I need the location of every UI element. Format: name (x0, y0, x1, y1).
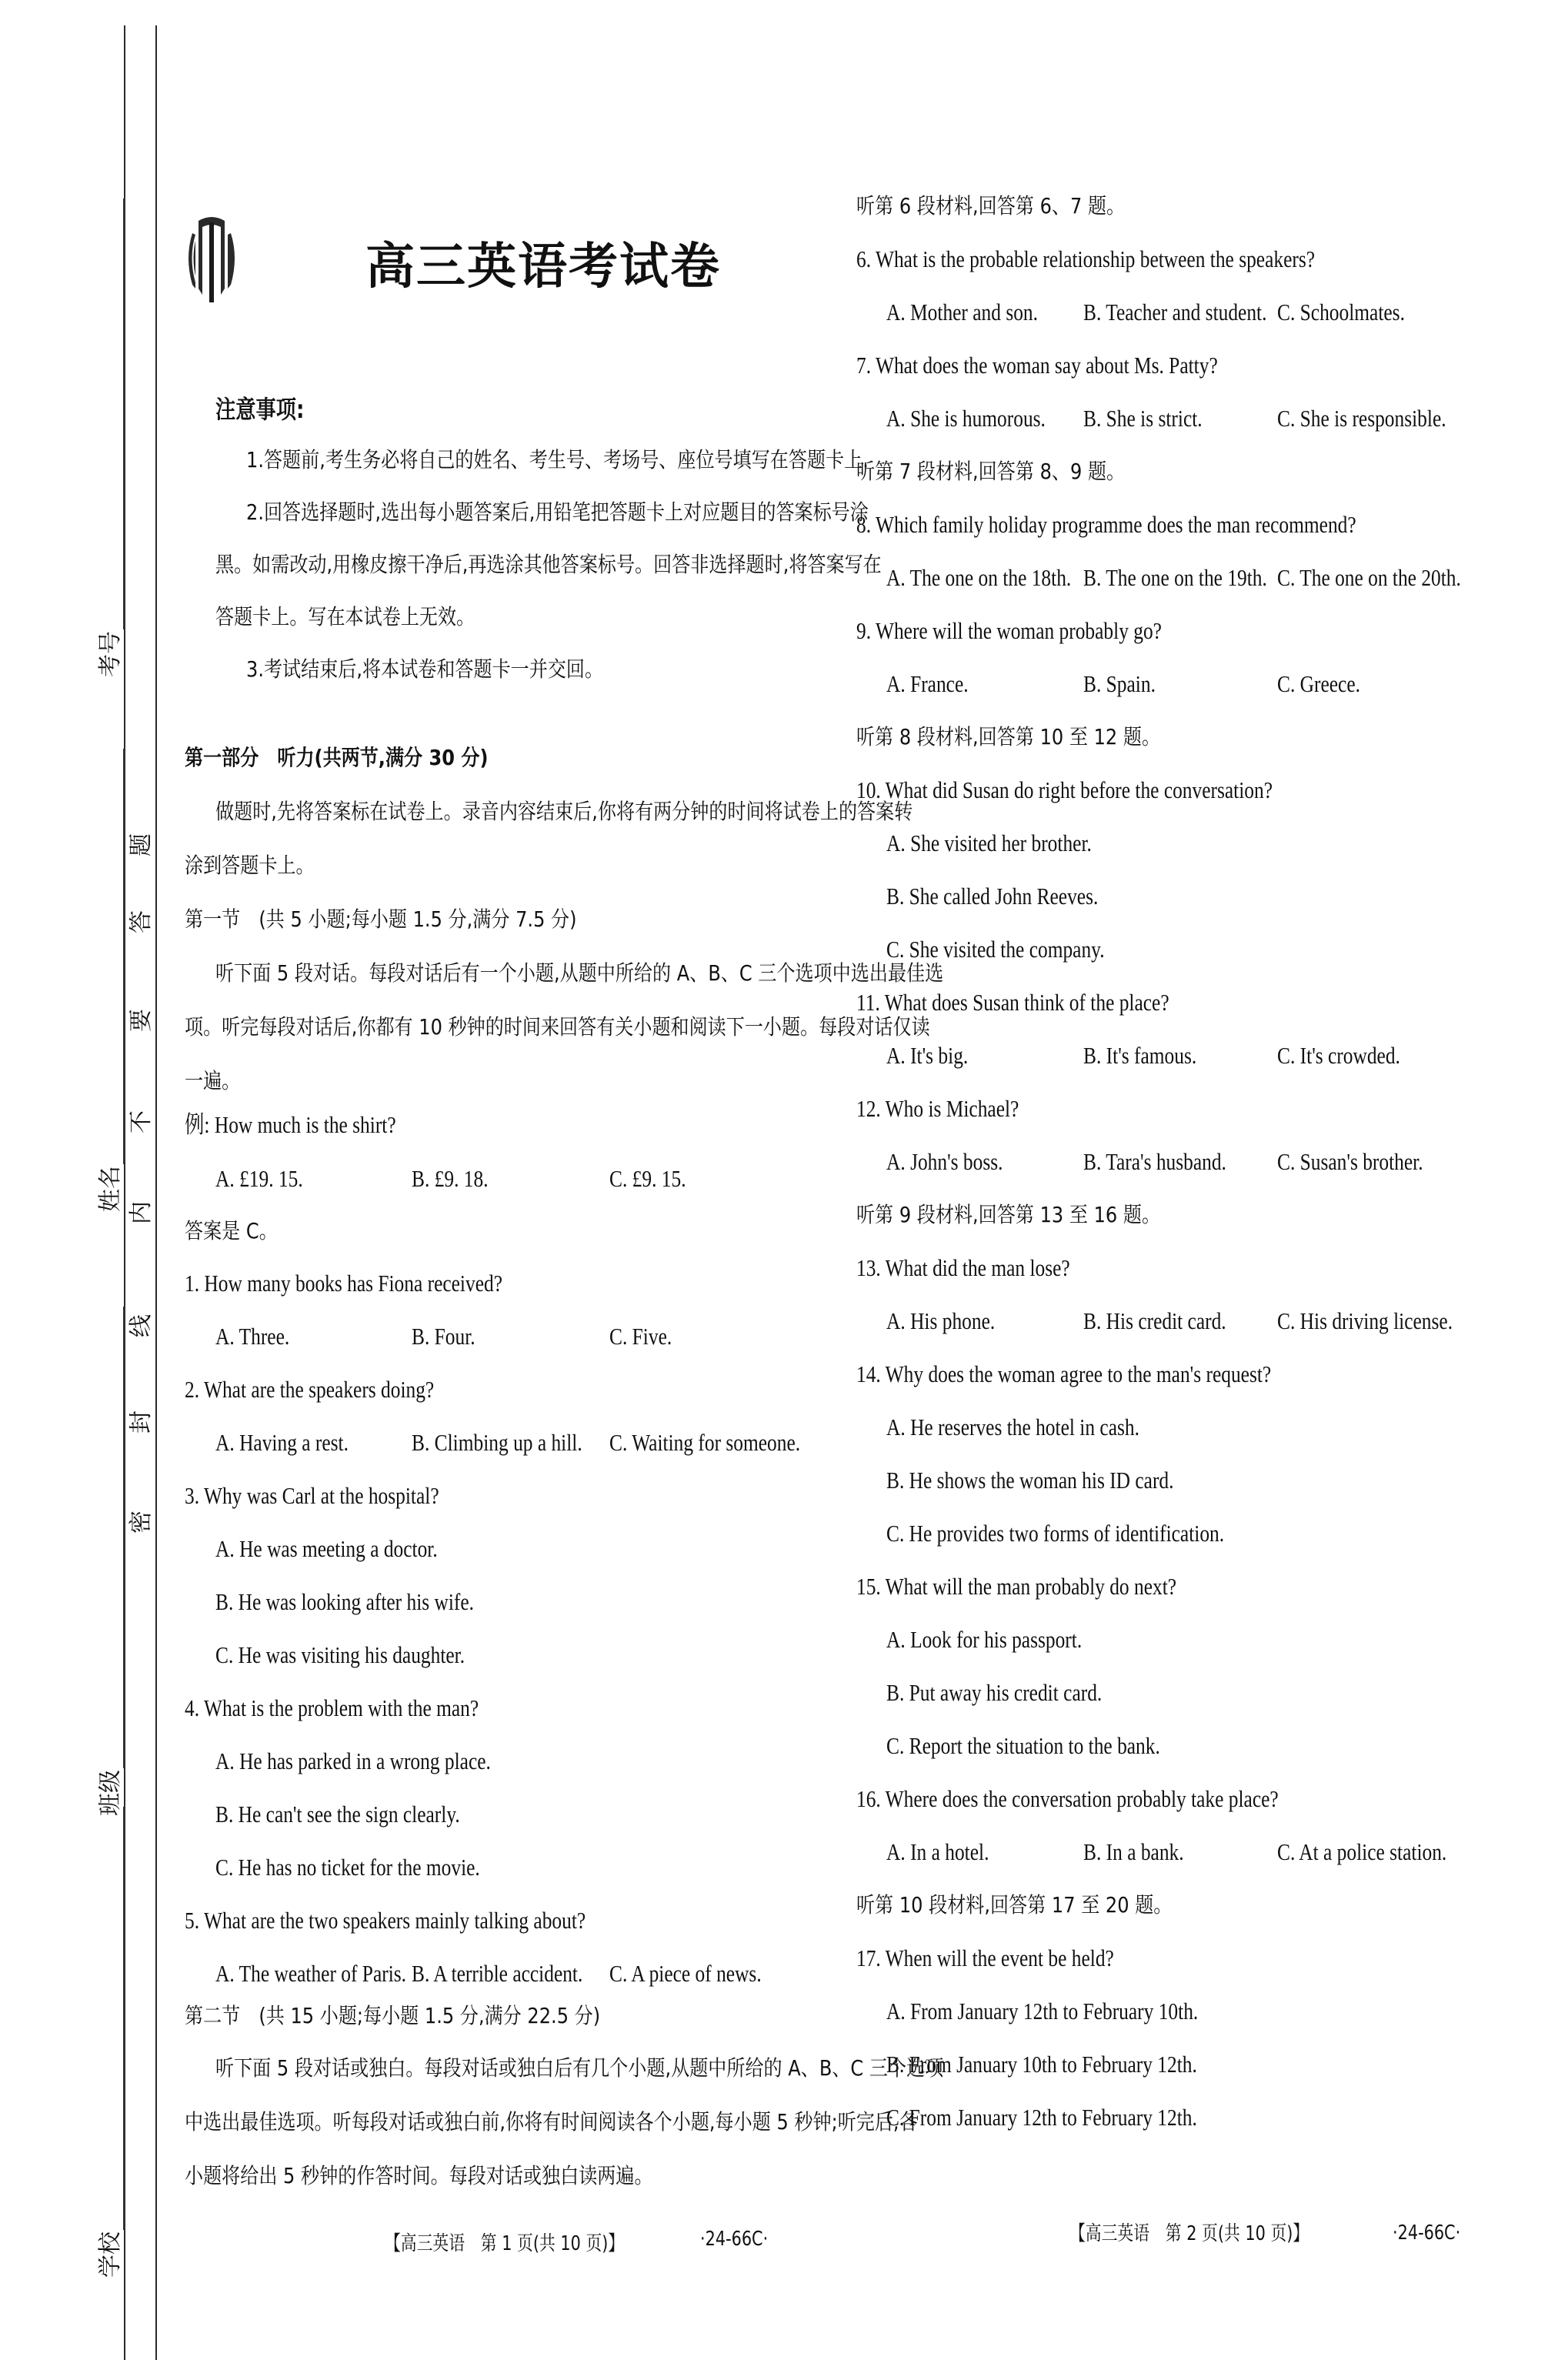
example-question: 例: How much is the shirt? (185, 1110, 396, 1140)
example-option: A. £19. 15. (215, 1163, 303, 1194)
section2-heading: 第二节 (共 15 小题;每小题 1.5 分,满分 22.5 分) (185, 2001, 600, 2031)
seal-char: 题 (128, 831, 155, 859)
question-stem: 6. What is the probable relationship bet… (856, 244, 1315, 275)
question-stem: 8. Which family holiday programme does t… (856, 509, 1356, 540)
school-field[interactable]: 学校 (91, 1807, 125, 2278)
footer-code-2: ·24-66C· (1393, 2221, 1460, 2245)
answer-option: B. She is strict. (1083, 403, 1203, 434)
answer-option: A. Three. (215, 1321, 289, 1352)
seal-char: 答 (128, 908, 155, 936)
part1-intro: 涂到答题卡上。 (185, 850, 315, 881)
question-stem: 4. What is the problem with the man? (185, 1693, 479, 1724)
answer-option: B. Put away his credit card. (886, 1677, 1102, 1708)
name-field[interactable]: 姓名 (91, 749, 125, 1212)
section1-intro: 项。听完每段对话后,你都有 10 秒钟的时间来回答有关小题和阅读下一小题。每段对… (185, 1012, 930, 1043)
example-answer: 答案是 C。 (185, 1216, 278, 1247)
question-stem: 2. What are the speakers doing? (185, 1374, 434, 1405)
question-stem: 15. What will the man probably do next? (856, 1571, 1176, 1602)
answer-option: B. The one on the 19th. (1083, 562, 1267, 593)
answer-option: A. France. (886, 669, 969, 699)
answer-option: B. She called John Reeves. (886, 881, 1098, 912)
answer-option: B. Spain. (1083, 669, 1156, 699)
question-stem: 7. What does the woman say about Ms. Pat… (856, 350, 1218, 381)
answer-option: B. A terrible accident. (412, 1958, 582, 1989)
notice-item: 2.回答选择题时,选出每小题答案后,用铅笔把答题卡上对应题目的答案标号涂 (246, 497, 869, 528)
section1-intro: 听下面 5 段对话。每段对话后有一个小题,从题中所给的 A、B、C 三个选项中选… (215, 958, 943, 989)
exam-number-field[interactable]: 考号 (91, 199, 125, 677)
answer-option: A. He reserves the hotel in cash. (886, 1412, 1139, 1443)
name-blank[interactable] (100, 749, 125, 1164)
answer-option: C. He has no ticket for the movie. (215, 1852, 480, 1883)
answer-option: B. Teacher and student. (1083, 297, 1266, 328)
part1-intro: 做题时,先将答案标在试卷上。录音内容结束后,你将有两分钟的时间将试卷上的答案转 (215, 796, 912, 827)
question-stem: 17. When will the event be held? (856, 1943, 1114, 1974)
question-stem: 10. What did Susan do right before the c… (856, 775, 1273, 806)
example-option: B. £9. 18. (412, 1163, 489, 1194)
answer-option: A. She is humorous. (886, 403, 1046, 434)
question-stem: 9. Where will the woman probably go? (856, 616, 1162, 646)
answer-option: B. Tara's husband. (1083, 1147, 1226, 1177)
answer-option: A. She visited her brother. (886, 828, 1092, 859)
answer-option: A. Mother and son. (886, 297, 1038, 328)
material-header: 听第 7 段材料,回答第 8、9 题。 (856, 456, 1125, 487)
footer-code-1: ·24-66C· (700, 2228, 768, 2251)
seal-char: 内 (128, 1199, 155, 1227)
class-blank[interactable] (100, 1307, 125, 1768)
answer-option: C. She visited the company. (886, 934, 1105, 965)
answer-option: A. The one on the 18th. (886, 562, 1071, 593)
field-label: 学校 (91, 2231, 125, 2278)
answer-option: C. A piece of news. (609, 1958, 762, 1989)
answer-option: C. Susan's brother. (1277, 1147, 1423, 1177)
material-header: 听第 10 段材料,回答第 17 至 20 题。 (856, 1890, 1172, 1921)
notice-item: 3.考试结束后,将本试卷和答题卡一并交回。 (246, 654, 603, 685)
class-field[interactable]: 班级 (91, 1307, 125, 1816)
answer-option: C. He was visiting his daughter. (215, 1640, 465, 1671)
answer-option: B. From January 10th to February 12th. (886, 2049, 1197, 2080)
answer-option: A. The weather of Paris. (215, 1958, 406, 1989)
section2-intro: 小题将给出 5 秒钟的作答时间。每段对话或独白读两遍。 (185, 2161, 653, 2191)
answer-option: C. At a police station. (1277, 1837, 1446, 1868)
answer-option: B. He shows the woman his ID card. (886, 1465, 1173, 1496)
footer-page-2: 【高三英语 第 2 页(共 10 页)】 (1069, 2218, 1309, 2246)
question-stem: 11. What does Susan think of the place? (856, 987, 1169, 1018)
answer-option: B. He can't see the sign clearly. (215, 1799, 460, 1830)
answer-option: A. Having a rest. (215, 1427, 349, 1458)
question-stem: 5. What are the two speakers mainly talk… (185, 1905, 586, 1936)
question-stem: 14. Why does the woman agree to the man'… (856, 1359, 1271, 1390)
seal-char: 密 (128, 1508, 155, 1536)
exam-logo-icon (185, 212, 239, 302)
answer-option: A. His phone. (886, 1306, 995, 1337)
answer-option: C. He provides two forms of identificati… (886, 1518, 1224, 1549)
answer-option: A. Look for his passport. (886, 1624, 1082, 1655)
material-header: 听第 9 段材料,回答第 13 至 16 题。 (856, 1200, 1160, 1230)
seal-char: 不 (128, 1108, 155, 1136)
answer-option: C. The one on the 20th. (1277, 562, 1461, 593)
answer-option: B. In a bank. (1083, 1837, 1184, 1868)
answer-option: A. He has parked in a wrong place. (215, 1746, 491, 1777)
answer-option: B. His credit card. (1083, 1306, 1226, 1337)
school-blank[interactable] (100, 1807, 125, 2230)
answer-option: C. Greece. (1277, 669, 1360, 699)
question-stem: 13. What did the man lose? (856, 1253, 1070, 1283)
question-stem: 16. Where does the conversation probably… (856, 1784, 1279, 1814)
part1-heading: 第一部分 听力(共两节,满分 30 分) (185, 743, 488, 773)
answer-option: C. His driving license. (1277, 1306, 1453, 1337)
notice-heading: 注意事项: (215, 394, 304, 425)
answer-option: B. He was looking after his wife. (215, 1587, 474, 1617)
seal-char: 要 (128, 1006, 155, 1034)
section2-intro: 听下面 5 段对话或独白。每段对话或独白后有几个小题,从题中所给的 A、B、C … (215, 2053, 943, 2084)
answer-option: A. It's big. (886, 1040, 968, 1071)
question-stem: 12. Who is Michael? (856, 1093, 1019, 1124)
section1-intro: 一遍。 (185, 1066, 240, 1097)
seal-char: 线 (128, 1312, 155, 1340)
answer-option: C. She is responsible. (1277, 403, 1446, 434)
answer-option: A. From January 12th to February 10th. (886, 1996, 1198, 2027)
question-stem: 3. Why was Carl at the hospital? (185, 1480, 439, 1511)
answer-option: A. John's boss. (886, 1147, 1003, 1177)
example-option: C. £9. 15. (609, 1163, 686, 1194)
section2-intro: 中选出最佳选项。听每段对话或独白前,你将有时间阅读各个小题,每小题 5 秒钟;听… (185, 2107, 918, 2138)
answer-option: C. From January 12th to February 12th. (886, 2102, 1197, 2133)
field-label: 姓名 (91, 1166, 125, 1212)
answer-option: C. Schoolmates. (1277, 297, 1405, 328)
material-header: 听第 8 段材料,回答第 10 至 12 题。 (856, 722, 1160, 753)
binding-line-inner (155, 25, 157, 2360)
question-stem: 1. How many books has Fiona received? (185, 1268, 502, 1299)
notice-item: 答题卡上。写在本试卷上无效。 (215, 602, 475, 633)
section1-heading: 第一节 (共 5 小题;每小题 1.5 分,满分 7.5 分) (185, 904, 577, 935)
answer-option: C. Five. (609, 1321, 672, 1352)
page-title: 高三英语考试卷 (365, 227, 721, 298)
answer-option: B. It's famous. (1083, 1040, 1196, 1071)
exam-number-blank[interactable] (100, 199, 125, 629)
answer-option: B. Four. (412, 1321, 475, 1352)
answer-option: C. Report the situation to the bank. (886, 1731, 1160, 1761)
answer-option: B. Climbing up a hill. (412, 1427, 582, 1458)
answer-option: C. Waiting for someone. (609, 1427, 800, 1458)
material-header: 听第 6 段材料,回答第 6、7 题。 (856, 191, 1125, 222)
notice-item: 1.答题前,考生务必将自己的姓名、考生号、考场号、座位号填写在答题卡上. (246, 445, 869, 476)
footer-page-1: 【高三英语 第 1 页(共 10 页)】 (385, 2228, 624, 2256)
notice-item: 黑。如需改动,用橡皮擦干净后,再选涂其他答案标号。回答非选择题时,将答案写在 (215, 549, 882, 580)
answer-option: A. He was meeting a doctor. (215, 1534, 438, 1564)
answer-option: C. It's crowded. (1277, 1040, 1400, 1071)
field-label: 考号 (91, 631, 125, 677)
answer-option: A. In a hotel. (886, 1837, 989, 1868)
seal-char: 封 (128, 1408, 155, 1436)
